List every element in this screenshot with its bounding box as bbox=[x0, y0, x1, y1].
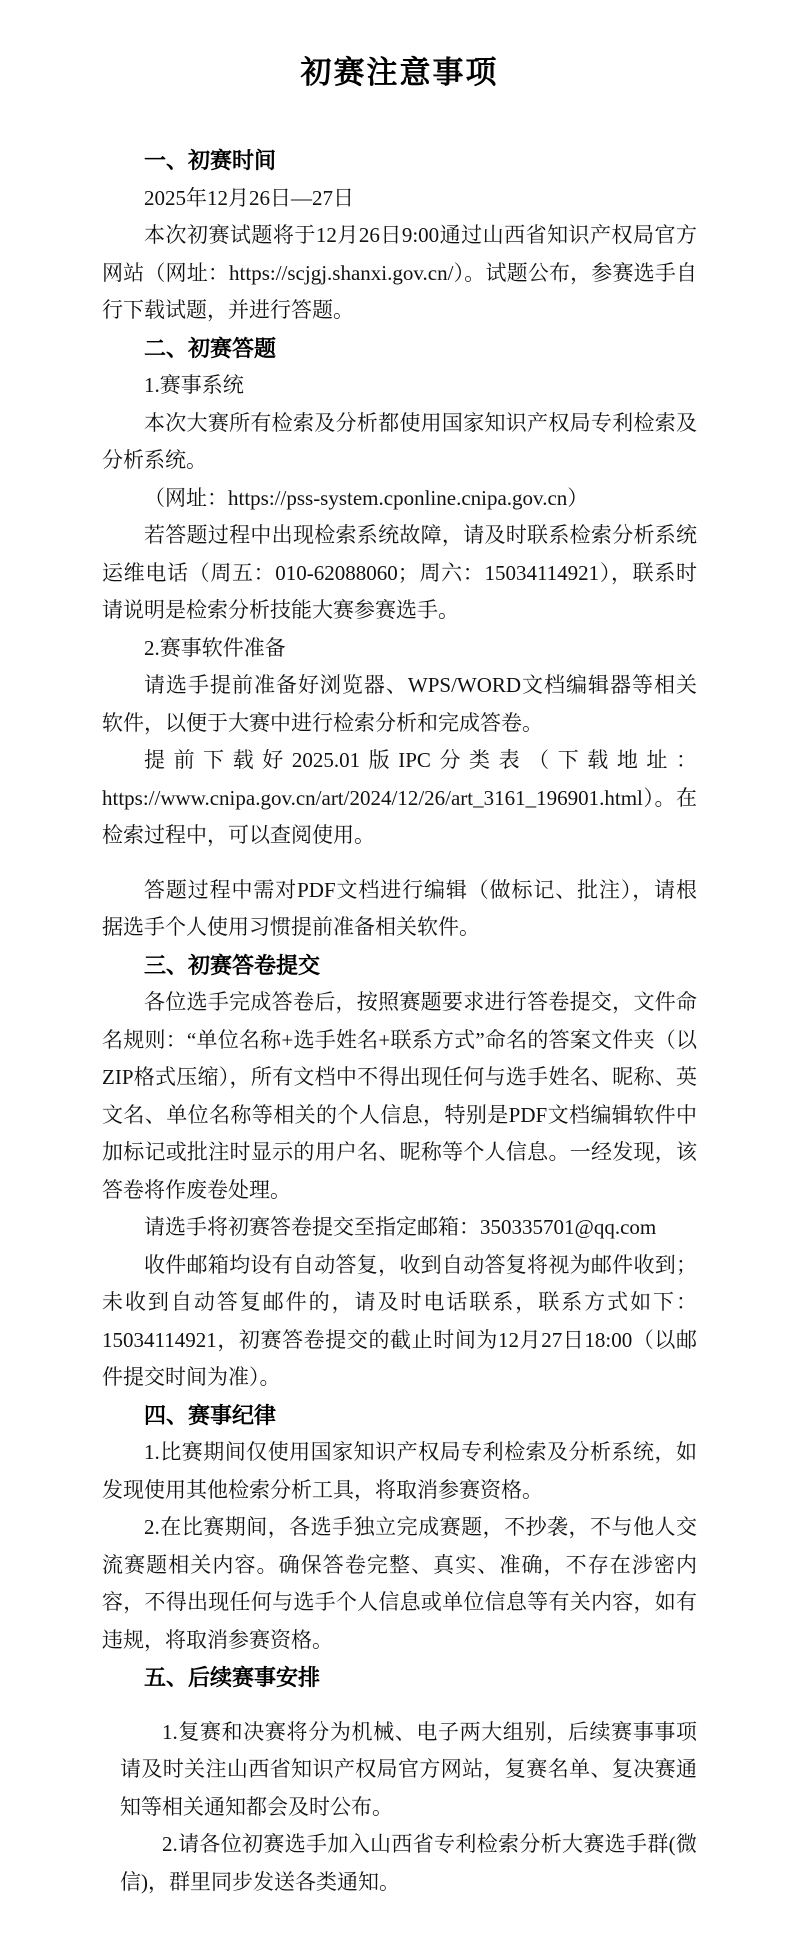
paragraph: 本次大赛所有检索及分析都使用国家知识产权局专利检索及分析系统。 bbox=[102, 405, 697, 480]
paragraph: 2.请各位初赛选手加入山西省专利检索分析大赛选手群(微信)，群里同步发送各类通知… bbox=[120, 1826, 697, 1901]
section-heading-2: 二、初赛答题 bbox=[102, 330, 697, 368]
section-heading-1: 一、初赛时间 bbox=[102, 142, 697, 180]
paragraph-date: 2025年12月26日—27日 bbox=[102, 180, 697, 218]
paragraph: 若答题过程中出现检索系统故障，请及时联系检索分析系统运维电话（周五：010-62… bbox=[102, 517, 697, 630]
paragraph: 本次初赛试题将于12月26日9:00通过山西省知识产权局官方网站（网址：http… bbox=[102, 217, 697, 330]
paragraph: 1.复赛和决赛将分为机械、电子两大组别，后续赛事事项请及时关注山西省知识产权局官… bbox=[120, 1714, 697, 1827]
subheading-item-1: 1.赛事系统 bbox=[102, 367, 697, 405]
paragraph-url: （网址：https://pss-system.cponline.cnipa.go… bbox=[102, 480, 697, 518]
paragraph: 1.比赛期间仅使用国家知识产权局专利检索及分析系统，如发现使用其他检索分析工具，… bbox=[102, 1434, 697, 1509]
paragraph: 2.在比赛期间，各选手独立完成赛题，不抄袭，不与他人交流赛题相关内容。确保答卷完… bbox=[102, 1509, 697, 1659]
section-heading-5: 五、后续赛事安排 bbox=[102, 1659, 697, 1697]
paragraph-email: 请选手将初赛答卷提交至指定邮箱：350335701@qq.com bbox=[102, 1209, 697, 1247]
document-title: 初赛注意事项 bbox=[102, 52, 697, 94]
subheading-item-2: 2.赛事软件准备 bbox=[102, 630, 697, 668]
section-heading-3: 三、初赛答卷提交 bbox=[102, 947, 697, 985]
paragraph: 请选手提前准备好浏览器、WPS/WORD文档编辑器等相关软件，以便于大赛中进行检… bbox=[102, 667, 697, 742]
paragraph: 收件邮箱均设有自动答复，收到自动答复将视为邮件收到；未收到自动答复邮件的，请及时… bbox=[102, 1247, 697, 1397]
paragraph: 答题过程中需对PDF文档进行编辑（做标记、批注），请根据选手个人使用习惯提前准备… bbox=[102, 872, 697, 947]
paragraph: 各位选手完成答卷后，按照赛题要求进行答卷提交，文件命名规则：“单位名称+选手姓名… bbox=[102, 984, 697, 1209]
document-page: 初赛注意事项 一、初赛时间 2025年12月26日—27日 本次初赛试题将于12… bbox=[0, 0, 793, 1952]
paragraph: 提前下载好2025.01版IPC分类表（下载地址：https://www.cni… bbox=[102, 742, 697, 855]
section-heading-4: 四、赛事纪律 bbox=[102, 1397, 697, 1435]
